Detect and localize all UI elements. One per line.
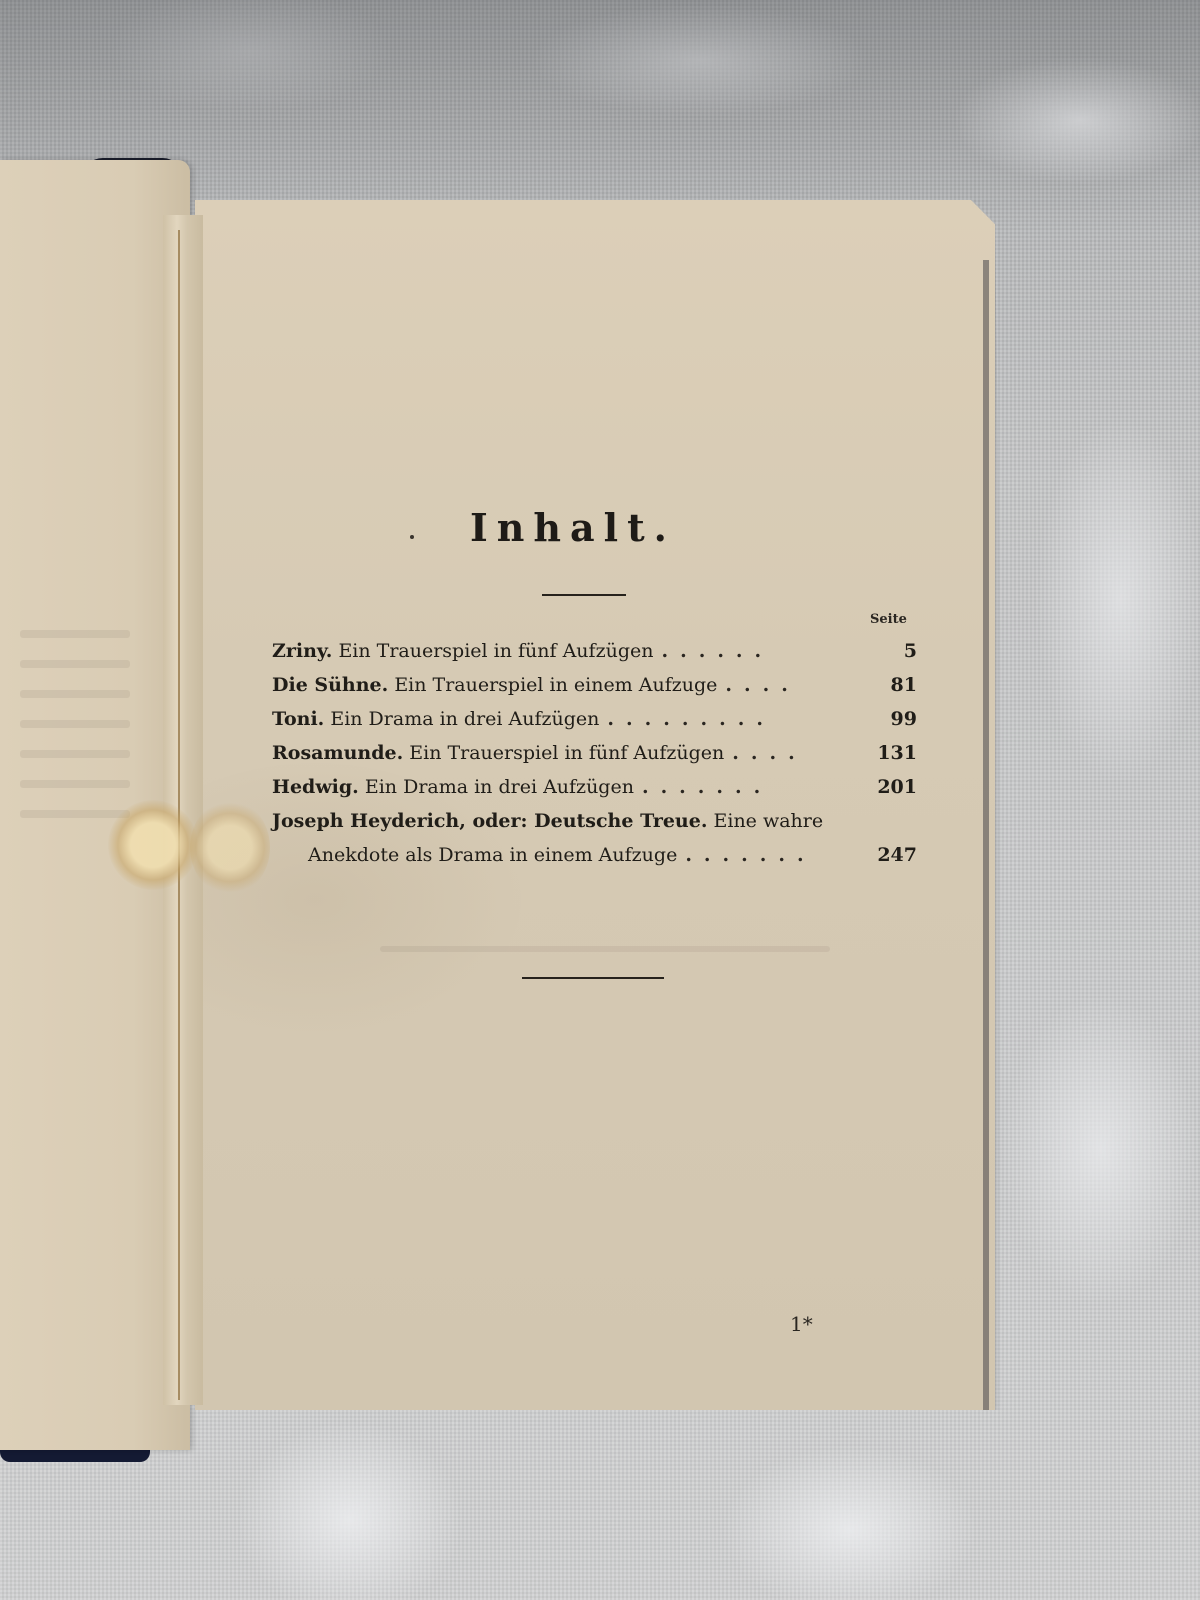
dot-leader: ......... (607, 708, 865, 730)
toc-entry: Rosamunde. Ein Trauerspiel in fünf Aufzü… (272, 742, 917, 776)
entry-page-number: 201 (873, 776, 917, 798)
entry-subtitle: Ein Trauerspiel in fünf Aufzügen (338, 640, 653, 662)
dot-leader: ....... (685, 844, 865, 866)
entry-title: Zriny. (272, 640, 332, 662)
entry-subtitle: Anekdote als Drama in einem Aufzuge (308, 844, 677, 866)
entry-subtitle: Ein Trauerspiel in fünf Aufzügen (409, 742, 724, 764)
signature-mark: 1* (790, 1312, 813, 1336)
bleed-through-text (380, 946, 830, 952)
entry-title: Joseph Heyderich, oder: Deutsche Treue. (272, 810, 707, 832)
entry-subtitle: Ein Drama in drei Aufzügen (365, 776, 634, 798)
dot-leader: ....... (642, 776, 865, 798)
toc-entry: Hedwig. Ein Drama in drei Aufzügen .....… (272, 776, 917, 810)
toc-entry-continuation: Anekdote als Drama in einem Aufzuge ....… (272, 844, 917, 878)
entry-subtitle: Ein Drama in drei Aufzügen (330, 708, 599, 730)
toc-page-content: Inhalt. Seite Zriny. Ein Trauerspiel in … (0, 0, 1200, 1600)
entry-title: Hedwig. (272, 776, 359, 798)
entry-subtitle: Eine wahre (714, 810, 824, 832)
table-of-contents: Zriny. Ein Trauerspiel in fünf Aufzügen … (272, 640, 917, 878)
page-column-header: Seite (870, 612, 907, 627)
entry-page-number: 5 (873, 640, 917, 662)
entry-title: Toni. (272, 708, 324, 730)
toc-entry: Zriny. Ein Trauerspiel in fünf Aufzügen … (272, 640, 917, 674)
entry-title: Die Sühne. (272, 674, 388, 696)
dot-leader: .... (732, 742, 865, 764)
entry-title: Rosamunde. (272, 742, 403, 764)
entry-page-number: 247 (873, 844, 917, 866)
dot-leader: ...... (661, 640, 865, 662)
title-rule (542, 594, 626, 596)
toc-entry: Die Sühne. Ein Trauerspiel in einem Aufz… (272, 674, 917, 708)
closing-rule (522, 977, 664, 979)
entry-page-number: 81 (873, 674, 917, 696)
dot-leader: .... (725, 674, 865, 696)
entry-page-number: 99 (873, 708, 917, 730)
entry-page-number: 131 (873, 742, 917, 764)
toc-entry: Toni. Ein Drama in drei Aufzügen .......… (272, 708, 917, 742)
entry-subtitle: Ein Trauerspiel in einem Aufzuge (394, 674, 717, 696)
toc-entry: Joseph Heyderich, oder: Deutsche Treue. … (272, 810, 917, 844)
page-title: Inhalt. (470, 505, 690, 550)
printer-dot (410, 535, 414, 539)
